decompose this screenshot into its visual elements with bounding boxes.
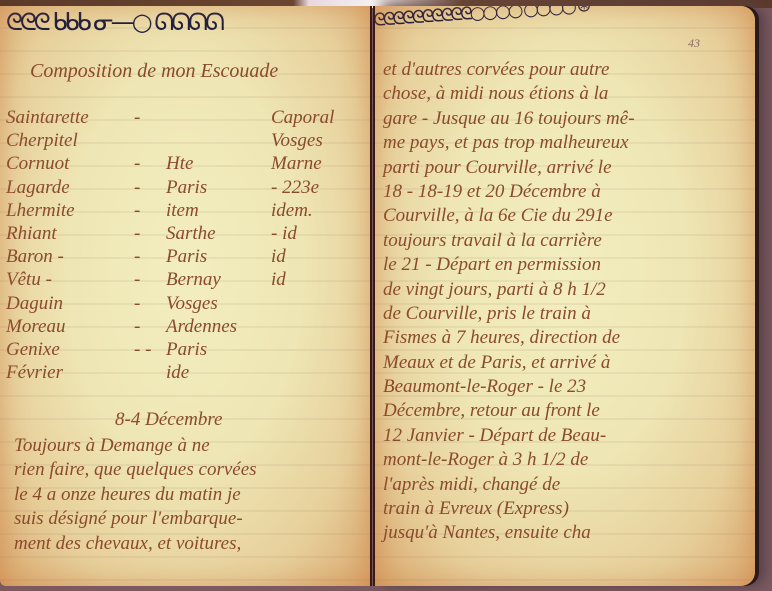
note: id: [271, 268, 286, 292]
text-line: le 21 - Départ en permission: [383, 253, 753, 277]
separator: -: [134, 152, 140, 176]
squad-roster: Saintarette - Caporal Cherpitel Vosges C…: [6, 106, 366, 384]
soldier-name: Cornuot: [6, 152, 69, 176]
roster-row: Lhermite - item idem.: [6, 199, 366, 222]
text-line: 12 Janvier - Départ de Beau-: [383, 424, 753, 448]
text-line: de vingt jours, parti à 8 h 1/2: [383, 278, 753, 302]
note: Marne: [271, 152, 322, 176]
soldier-name: Moreau: [6, 315, 65, 339]
separator: -: [134, 106, 140, 130]
roster-row: Lagarde - Paris - 223e: [6, 176, 366, 199]
soldier-name: Genixe: [6, 338, 60, 362]
text-line: jusqu'à Nantes, ensuite cha: [383, 521, 753, 545]
note: Caporal: [271, 106, 334, 130]
text-line: suis désigné pour l'embarque-: [14, 507, 364, 531]
soldier-name: Baron -: [6, 245, 64, 269]
soldier-name: Février: [6, 361, 63, 385]
text-line: parti pour Courville, arrivé le: [383, 156, 753, 180]
text-line: toujours travail à la carrière: [383, 229, 753, 253]
soldier-name: Rhiant: [6, 222, 57, 246]
text-line: de Courville, pris le train à: [383, 302, 753, 326]
text-line: mont-le-Roger à 3 h 1/2 de: [383, 448, 753, 472]
text-line: Décembre, retour au front le: [383, 399, 753, 423]
origin: Sarthe: [166, 222, 216, 246]
text-line: train à Evreux (Express): [383, 497, 753, 521]
separator: -: [134, 176, 140, 200]
separator: - -: [134, 338, 151, 362]
diary-entry-right: et d'autres corvées pour autre chose, à …: [383, 58, 753, 546]
separator: -: [134, 245, 140, 269]
roster-row: Baron - - Paris id: [6, 245, 366, 268]
page-number: 43: [688, 36, 700, 51]
pen-doodle-scribble: ᘓᘓᘓ ᑲᑲᑲ ᓂ—○ ᘏᘏᘏᘏ: [6, 8, 366, 44]
diary-entry-left: Toujours à Demange à ne rien faire, que …: [14, 434, 364, 556]
text-line: Meaux et de Paris, et arrivé à: [383, 351, 753, 375]
separator: -: [134, 199, 140, 223]
origin: Paris: [166, 245, 207, 269]
date-heading: 8-4 Décembre: [115, 408, 222, 432]
soldier-name: Saintarette: [6, 106, 89, 130]
soldier-name: Lagarde: [6, 176, 70, 200]
separator: -: [134, 315, 140, 339]
soldier-name: Cherpitel: [6, 129, 78, 153]
roster-row: Genixe - - Paris: [6, 338, 366, 361]
pen-doodle-scribble: ᘓᘓᘓᘓᘓᘓᘓᘓᘓᘓ○○○○ ○○○○ ⊛: [373, 6, 724, 46]
roster-heading: Composition de mon Escouade: [30, 60, 278, 84]
origin: Paris: [166, 176, 207, 200]
roster-row: Rhiant - Sarthe - id: [6, 222, 366, 245]
text-line: ment des chevaux, et voitures,: [14, 532, 364, 556]
note: idem.: [271, 199, 313, 223]
roster-row: Vêtu - - Bernay id: [6, 268, 366, 291]
text-line: rien faire, que quelques corvées: [14, 458, 364, 482]
origin: Ardennes: [166, 315, 237, 339]
left-page: ᘓᘓᘓ ᑲᑲᑲ ᓂ—○ ᘏᘏᘏᘏ Composition de mon Esco…: [0, 6, 372, 586]
text-line: Fismes à 7 heures, direction de: [383, 326, 753, 350]
separator: -: [134, 222, 140, 246]
soldier-name: Daguin: [6, 292, 63, 316]
text-line: Beaumont-le-Roger - le 23: [383, 375, 753, 399]
roster-row: Saintarette - Caporal: [6, 106, 366, 129]
origin: Paris: [166, 338, 207, 362]
soldier-name: Lhermite: [6, 199, 75, 223]
text-line: Courville, à la 6e Cie du 291e: [383, 204, 753, 228]
origin: Bernay: [166, 268, 221, 292]
text-line: 18 - 18-19 et 20 Décembre à: [383, 180, 753, 204]
text-line: et d'autres corvées pour autre: [383, 58, 753, 82]
origin: item: [166, 199, 199, 223]
roster-row: Cherpitel Vosges: [6, 129, 366, 152]
text-line: gare - Jusque au 16 toujours mê-: [383, 107, 753, 131]
roster-row: Février ide: [6, 361, 366, 384]
separator: -: [134, 268, 140, 292]
note: id: [271, 245, 286, 269]
roster-row: Cornuot - Hte Marne: [6, 152, 366, 175]
origin: Hte: [166, 152, 193, 176]
note: - id: [271, 222, 297, 246]
text-line: Toujours à Demange à ne: [14, 434, 364, 458]
note: Vosges: [271, 129, 323, 153]
text-line: l'après midi, changé de: [383, 473, 753, 497]
right-page: ᘓᘓᘓᘓᘓᘓᘓᘓᘓᘓ○○○○ ○○○○ ⊛ 43 et d'autres cor…: [373, 6, 755, 586]
roster-row: Daguin - Vosges: [6, 292, 366, 315]
text-line: le 4 a onze heures du matin je: [14, 483, 364, 507]
text-line: me pays, et pas trop malheureux: [383, 131, 753, 155]
roster-row: Moreau - Ardennes: [6, 315, 366, 338]
text-line: chose, à midi nous étions à la: [383, 82, 753, 106]
separator: -: [134, 292, 140, 316]
origin: Vosges: [166, 292, 218, 316]
origin: ide: [166, 361, 189, 385]
note: - 223e: [271, 176, 319, 200]
soldier-name: Vêtu -: [6, 268, 52, 292]
